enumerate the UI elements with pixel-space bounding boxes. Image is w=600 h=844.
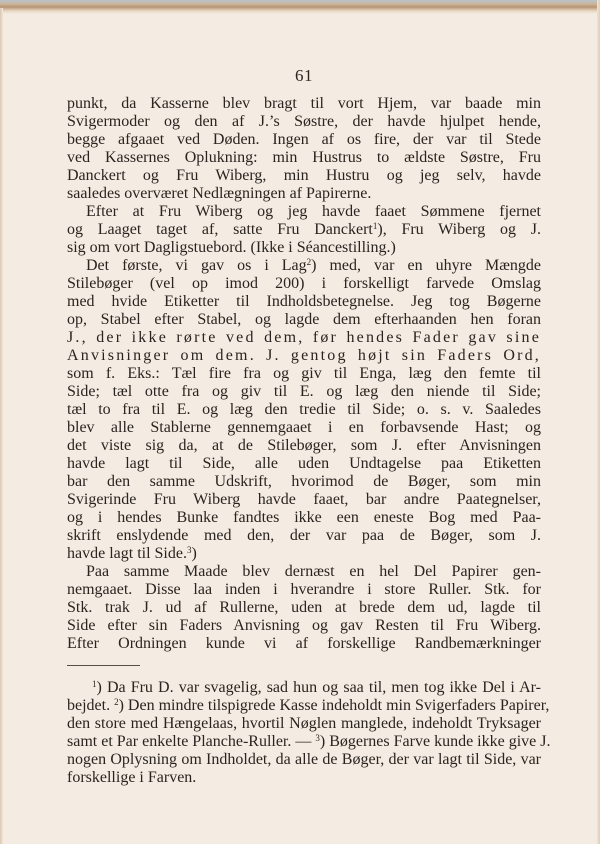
text-line: havde lagt til Side.3)	[67, 545, 541, 563]
text-line: Side; tæl otte fra og giv til E. og læg …	[67, 383, 541, 401]
text-fragment: bejdet.	[67, 697, 114, 714]
text-line: og Laaget taget af, satte Fru Danckert1)…	[67, 221, 541, 239]
text-line: Stilebøger (vel op imod 200) i forskelli…	[67, 275, 541, 293]
paragraph-2: Efter at Fru Wiberg og jeg havde faaet S…	[67, 203, 541, 257]
text-fragment: ) Den mindre tilspigrede Kasse indeholdt…	[119, 697, 550, 714]
text-line: begge afgaaet ved Døden. Ingen af os fir…	[67, 131, 541, 149]
footnote-line: forskellige i Farven.	[67, 769, 541, 787]
text-line: Stk. trak J. ud af Rullerne, uden at bre…	[67, 599, 541, 617]
text-fragment: Det første, vi gav os i Lag	[86, 257, 307, 274]
text-line: havde lagt til Side, alle uden Undtagels…	[67, 455, 541, 473]
paragraph-3: Det første, vi gav os i Lag2) med, var e…	[67, 257, 541, 563]
book-page: 61 punkt, da Kasserne blev bragt til vor…	[67, 66, 541, 787]
text-line: og i hendes Bunke fandtes ikke een enest…	[67, 509, 541, 527]
text-line: Efter at Fru Wiberg og jeg havde faaet S…	[67, 203, 541, 221]
text-line: Svigerinde Fru Wiberg havde faaet, bar a…	[67, 491, 541, 509]
footnotes: 1) Da Fru D. var svagelig, sad hun og sa…	[67, 679, 541, 787]
text-line: Det første, vi gav os i Lag2) med, var e…	[67, 257, 541, 275]
text-line: Danckert og Fru Wiberg, min Hustru og je…	[67, 167, 541, 185]
text-line: op, Stabel efter Stabel, og lagde dem ef…	[67, 311, 541, 329]
text-fragment: ) med, var en uhyre Mængde	[311, 257, 541, 274]
text-fragment: ) Da Fru D. var svagelig, sad hun og saa…	[97, 679, 542, 696]
body-text: punkt, da Kasserne blev bragt til vort H…	[67, 95, 541, 653]
text-line: skrift enslydende med den, der var paa d…	[67, 527, 541, 545]
text-line: det viste sig da, at de Stilebøger, som …	[67, 437, 541, 455]
paragraph-1: punkt, da Kasserne blev bragt til vort H…	[67, 95, 541, 203]
text-line: nemgaaet. Disse laa inden i hverandre i …	[67, 581, 541, 599]
footnote-line: 1) Da Fru D. var svagelig, sad hun og sa…	[67, 679, 541, 697]
text-line: ved Kassernes Oplukning: min Hustrus to …	[67, 149, 541, 167]
text-line: som f. Eks.: Tæl fire fra og giv til Eng…	[67, 365, 541, 383]
page-number: 61	[67, 66, 541, 86]
footnote-line: nogen Oplysning om Indholdet, da alle de…	[67, 751, 541, 769]
text-line: tæl to fra til E. og læg den tredie til …	[67, 401, 541, 419]
text-line: med hvide Etiketter til Indholdsbetegnel…	[67, 293, 541, 311]
footnote-divider	[67, 665, 140, 666]
text-line: punkt, da Kasserne blev bragt til vort H…	[67, 95, 541, 113]
page-left-edge	[0, 8, 3, 844]
text-line: Anvisninger om dem. J. gentog højt sin F…	[67, 347, 541, 365]
text-fragment: ), Fru Wiberg og J.	[377, 221, 541, 238]
page-top-edge	[0, 0, 600, 14]
text-line: bar den samme Udskrift, hvorimod de Bøge…	[67, 473, 541, 491]
text-line: saaledes overværet Nedlægningen af Papir…	[67, 185, 541, 203]
text-fragment: samt et Par enkelte Planche-Ruller. —	[67, 733, 315, 750]
text-line: Paa samme Maade blev dernæst en hel Del …	[67, 563, 541, 581]
text-line: blev alle Stablerne gennemgaaet i en for…	[67, 419, 541, 437]
text-line: J., der ikke rørte ved dem, før hendes F…	[67, 329, 541, 347]
footnote-line: bejdet. 2) Den mindre tilspigrede Kasse …	[67, 697, 541, 715]
text-line: sig om vort Dagligstuebord. (Ikke i Séan…	[67, 239, 541, 257]
text-fragment: og Laaget taget af, satte Fru Danckert	[67, 221, 373, 238]
footnote-line: den store med Hængelaas, hvortil Nøglen …	[67, 715, 541, 733]
paragraph-4: Paa samme Maade blev dernæst en hel Del …	[67, 563, 541, 653]
text-line: Svigermoder og den af J.’s Søstre, der h…	[67, 113, 541, 131]
text-line: Side efter sin Faders Anvisning og gav R…	[67, 617, 541, 635]
footnote-line: samt et Par enkelte Planche-Ruller. — 3)…	[67, 733, 541, 751]
text-fragment: ) Bøgernes Farve kunde ikke give J.	[320, 733, 551, 750]
text-fragment: havde lagt til Side.	[67, 545, 187, 562]
text-line: Efter Ordningen kunde vi af forskellige …	[67, 635, 541, 653]
text-fragment: )	[191, 545, 196, 562]
